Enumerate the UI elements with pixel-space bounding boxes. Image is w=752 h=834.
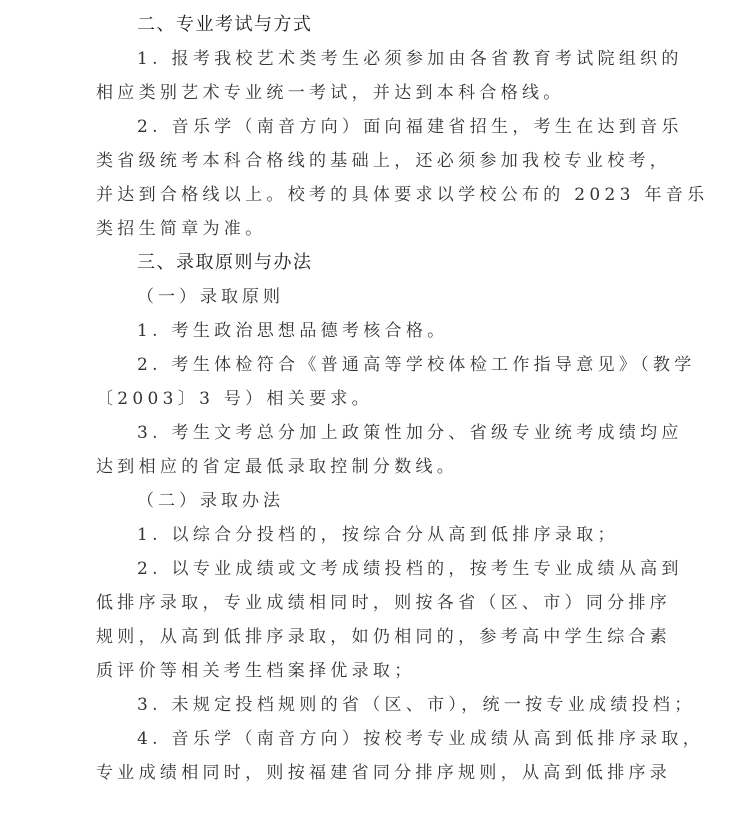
- section-heading-exam: 二、专业考试与方式: [96, 8, 648, 42]
- paragraph-line: 1. 考生政治思想品德考核合格。: [96, 314, 648, 348]
- paragraph-line: 〔2003〕3 号）相关要求。: [96, 382, 648, 416]
- paragraph-line: 2. 考生体检符合《普通高等学校体检工作指导意见》（教学: [96, 348, 648, 382]
- paragraph-line: 3. 考生文考总分加上政策性加分、省级专业统考成绩均应: [96, 416, 648, 450]
- paragraph-line: 4. 音乐学（南音方向）按校考专业成绩从高到低排序录取，: [96, 722, 648, 756]
- paragraph-line: 并达到合格线以上。校考的具体要求以学校公布的 2023 年音乐: [96, 178, 648, 212]
- paragraph-line: 1. 以综合分投档的，按综合分从高到低排序录取；: [96, 518, 648, 552]
- paragraph-line: 质评价等相关考生档案择优录取；: [96, 654, 648, 688]
- paragraph-line: 低排序录取，专业成绩相同时，则按各省（区、市）同分排序: [96, 586, 648, 620]
- paragraph-line: 类省级统考本科合格线的基础上，还必须参加我校专业校考，: [96, 144, 648, 178]
- subsection-heading-methods: （二）录取办法: [96, 484, 648, 518]
- document-page: 二、专业考试与方式 1. 报考我校艺术类考生必须参加由各省教育考试院组织的 相应…: [96, 8, 648, 790]
- paragraph-line: 1. 报考我校艺术类考生必须参加由各省教育考试院组织的: [96, 42, 648, 76]
- paragraph-line: 2. 音乐学（南音方向）面向福建省招生，考生在达到音乐: [96, 110, 648, 144]
- paragraph-line: 2. 以专业成绩或文考成绩投档的，按考生专业成绩从高到: [96, 552, 648, 586]
- paragraph-line: 专业成绩相同时，则按福建省同分排序规则，从高到低排序录: [96, 756, 648, 790]
- subsection-heading-principles: （一）录取原则: [96, 280, 648, 314]
- paragraph-line: 相应类别艺术专业统一考试，并达到本科合格线。: [96, 76, 648, 110]
- paragraph-line: 规则，从高到低排序录取，如仍相同的，参考高中学生综合素: [96, 620, 648, 654]
- paragraph-line: 3. 未规定投档规则的省（区、市），统一按专业成绩投档；: [96, 688, 648, 722]
- paragraph-line: 达到相应的省定最低录取控制分数线。: [96, 450, 648, 484]
- section-heading-admission: 三、录取原则与办法: [96, 246, 648, 280]
- paragraph-line: 类招生简章为准。: [96, 212, 648, 246]
